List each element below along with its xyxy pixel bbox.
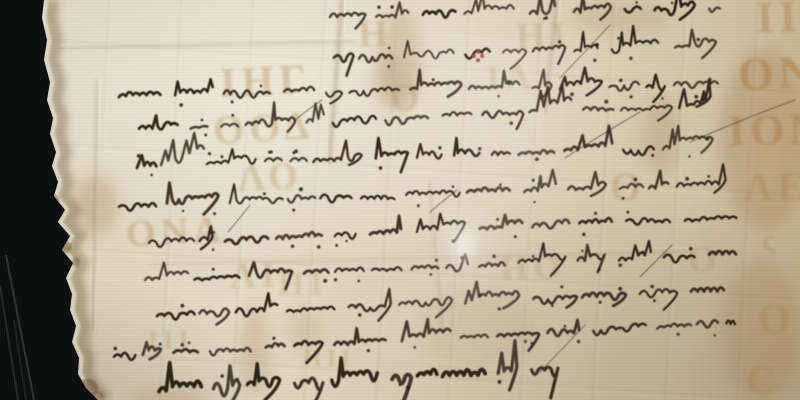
script-dot bbox=[292, 209, 295, 212]
script-word bbox=[385, 116, 428, 125]
script-dot bbox=[260, 85, 263, 88]
script-dot bbox=[653, 299, 656, 302]
script-word bbox=[157, 311, 195, 319]
script-word bbox=[200, 226, 213, 249]
script-word bbox=[334, 328, 385, 345]
script-word bbox=[330, 13, 366, 29]
script-dot bbox=[629, 95, 632, 98]
script-dot bbox=[524, 340, 527, 343]
torn-edge-spot bbox=[72, 257, 80, 267]
script-dot bbox=[236, 378, 239, 381]
script-dot bbox=[220, 374, 224, 378]
script-dot bbox=[181, 343, 184, 346]
script-word bbox=[291, 158, 307, 161]
script-word bbox=[246, 103, 296, 132]
script-dot bbox=[651, 154, 654, 157]
script-word bbox=[320, 195, 351, 203]
script-dot bbox=[113, 347, 117, 351]
page-content: ΙΙΟΝΙΟΝΛΕςΟϹΗΗΙΙΗΓΟΟΟΔΟΛΟΟΝΑΛΙΗΙΗΟΙΙΙΗΙΙ… bbox=[0, 0, 800, 400]
script-dot bbox=[581, 250, 583, 252]
script-word bbox=[372, 267, 402, 271]
script-word bbox=[623, 146, 654, 155]
script-dot bbox=[531, 342, 535, 346]
script-word bbox=[175, 79, 213, 95]
script-word bbox=[149, 237, 194, 247]
script-word bbox=[213, 366, 239, 400]
script-dot bbox=[231, 114, 234, 117]
script-word bbox=[443, 369, 486, 376]
script-word bbox=[333, 116, 376, 127]
script-word bbox=[119, 92, 160, 97]
script-word bbox=[726, 320, 735, 324]
script-dot bbox=[629, 56, 632, 59]
script-dot bbox=[334, 278, 337, 281]
script-dot bbox=[299, 187, 303, 191]
script-dot bbox=[204, 133, 207, 136]
script-dot bbox=[413, 346, 416, 349]
script-dot bbox=[188, 342, 191, 345]
script-word bbox=[284, 87, 314, 92]
script-dot bbox=[478, 294, 482, 298]
script-dot bbox=[594, 212, 597, 215]
script-dot bbox=[263, 192, 266, 195]
script-dot bbox=[150, 174, 153, 177]
script-word bbox=[664, 255, 694, 263]
script-word bbox=[655, 0, 695, 20]
script-dot bbox=[498, 380, 502, 384]
script-word bbox=[167, 183, 218, 215]
script-dot bbox=[714, 334, 716, 336]
script-dot bbox=[626, 211, 629, 214]
script-line bbox=[113, 319, 735, 363]
script-dot bbox=[634, 178, 638, 182]
script-word bbox=[709, 8, 720, 12]
script-word bbox=[593, 324, 646, 335]
script-dot bbox=[706, 137, 710, 141]
script-word bbox=[194, 276, 239, 281]
script-dot bbox=[417, 204, 420, 207]
script-dot bbox=[635, 1, 638, 4]
script-word bbox=[677, 164, 726, 192]
script-dot bbox=[560, 285, 563, 288]
script-dot bbox=[272, 337, 275, 340]
script-word bbox=[159, 363, 201, 392]
script-word bbox=[191, 126, 208, 129]
script-word bbox=[349, 87, 399, 96]
script-dot bbox=[208, 152, 211, 155]
script-word bbox=[657, 324, 691, 329]
script-word bbox=[288, 195, 316, 202]
script-dot bbox=[577, 340, 580, 343]
script-dot bbox=[179, 103, 183, 107]
script-dot bbox=[619, 79, 623, 83]
script-dot bbox=[622, 197, 625, 200]
script-dot bbox=[268, 151, 271, 154]
script-dot bbox=[387, 65, 390, 68]
script-word bbox=[548, 320, 579, 336]
script-word bbox=[697, 320, 718, 327]
script-word bbox=[349, 289, 391, 320]
script-dot bbox=[390, 5, 394, 9]
script-dot bbox=[694, 95, 698, 99]
script-dot bbox=[159, 343, 162, 346]
script-word bbox=[200, 309, 230, 325]
script-dot bbox=[345, 240, 347, 242]
script-word bbox=[119, 203, 156, 210]
crease-highlight bbox=[332, 0, 345, 165]
script-dot bbox=[294, 149, 298, 153]
script-dot bbox=[358, 313, 362, 317]
script-dot bbox=[661, 97, 663, 99]
script-dot bbox=[181, 304, 185, 308]
script-word bbox=[266, 343, 285, 347]
script-dot bbox=[641, 251, 644, 254]
script-word bbox=[230, 184, 283, 203]
script-word bbox=[143, 342, 161, 359]
script-dot bbox=[231, 100, 234, 103]
script-dot bbox=[291, 244, 294, 247]
script-dot bbox=[323, 279, 327, 283]
script-dot bbox=[619, 263, 622, 266]
script-word bbox=[663, 126, 713, 153]
script-word bbox=[249, 262, 292, 289]
script-dot bbox=[564, 325, 567, 328]
script-word bbox=[265, 158, 282, 161]
script-dot bbox=[688, 155, 690, 157]
script-word bbox=[210, 348, 251, 356]
script-dot bbox=[498, 307, 501, 310]
script-word bbox=[640, 289, 678, 310]
script-dot bbox=[598, 268, 601, 271]
script-dot bbox=[551, 304, 554, 307]
script-word bbox=[276, 232, 322, 239]
script-word bbox=[497, 333, 539, 351]
script-dot bbox=[212, 248, 215, 251]
script-word bbox=[161, 133, 204, 165]
script-word bbox=[225, 236, 268, 244]
script-word bbox=[221, 124, 238, 127]
script-word bbox=[691, 287, 724, 291]
script-word bbox=[685, 216, 737, 221]
script-word bbox=[625, 7, 641, 13]
script-word bbox=[207, 149, 256, 164]
script-dot bbox=[399, 384, 402, 387]
script-dot bbox=[357, 280, 360, 283]
script-word bbox=[361, 196, 395, 200]
script-word bbox=[236, 293, 278, 316]
script-word bbox=[174, 349, 198, 352]
script-word bbox=[620, 184, 643, 189]
script-dot bbox=[697, 38, 700, 41]
script-word bbox=[461, 335, 488, 338]
hairline-flourish bbox=[228, 205, 250, 232]
script-word bbox=[626, 218, 670, 224]
script-word bbox=[376, 2, 408, 17]
script-word bbox=[532, 367, 558, 398]
script-word bbox=[582, 293, 626, 306]
handwriting-layer bbox=[0, 0, 800, 400]
script-dot bbox=[212, 231, 215, 234]
script-word bbox=[295, 378, 323, 400]
script-word bbox=[287, 307, 335, 312]
script-dot bbox=[617, 37, 620, 40]
script-dot bbox=[377, 5, 380, 8]
script-dot bbox=[317, 245, 321, 249]
script-word bbox=[304, 269, 328, 273]
script-word bbox=[709, 251, 736, 254]
script-dot bbox=[599, 301, 602, 304]
script-dot bbox=[213, 212, 216, 215]
crease-shadow bbox=[330, 0, 343, 165]
script-dot bbox=[335, 244, 338, 247]
script-word bbox=[578, 245, 605, 272]
hairline-flourish bbox=[690, 100, 795, 142]
script-dot bbox=[406, 386, 410, 390]
script-line bbox=[137, 126, 713, 176]
script-word bbox=[335, 232, 356, 238]
script-dot bbox=[618, 287, 622, 291]
script-dot bbox=[367, 349, 370, 352]
script-dot bbox=[182, 210, 184, 212]
reflection-streak bbox=[6, 255, 34, 400]
script-word bbox=[335, 268, 364, 272]
script-dot bbox=[201, 119, 204, 122]
script-word bbox=[139, 116, 178, 130]
script-word bbox=[370, 216, 401, 235]
manuscript-photo: ΙΙΟΝΙΟΝΛΕςΟϹΗΗΙΙΗΓΟΟΟΔΟΛΟΟΝΑΛΙΗΙΗΟΙΙΙΗΙΙ… bbox=[0, 0, 800, 400]
script-word bbox=[675, 30, 716, 58]
script-word bbox=[649, 171, 668, 189]
script-word bbox=[247, 364, 279, 400]
script-dot bbox=[671, 2, 674, 5]
script-dot bbox=[388, 47, 391, 50]
script-line bbox=[119, 68, 718, 107]
script-word bbox=[609, 82, 639, 91]
script-word bbox=[313, 141, 361, 165]
script-dot bbox=[212, 268, 215, 271]
script-word bbox=[417, 369, 437, 375]
script-dot bbox=[137, 154, 141, 158]
script-dot bbox=[379, 166, 383, 170]
script-dot bbox=[677, 333, 680, 336]
script-word bbox=[674, 81, 718, 88]
script-dot bbox=[685, 177, 689, 181]
script-word bbox=[114, 353, 135, 360]
script-dot bbox=[650, 285, 654, 289]
script-word bbox=[332, 358, 377, 386]
script-dot bbox=[707, 175, 710, 178]
script-dot bbox=[220, 155, 223, 158]
script-word bbox=[295, 341, 323, 363]
script-word bbox=[307, 104, 324, 123]
script-word bbox=[224, 90, 270, 97]
script-word bbox=[359, 54, 392, 62]
script-dot bbox=[689, 247, 693, 251]
script-dot bbox=[701, 98, 705, 102]
script-word bbox=[533, 296, 577, 308]
